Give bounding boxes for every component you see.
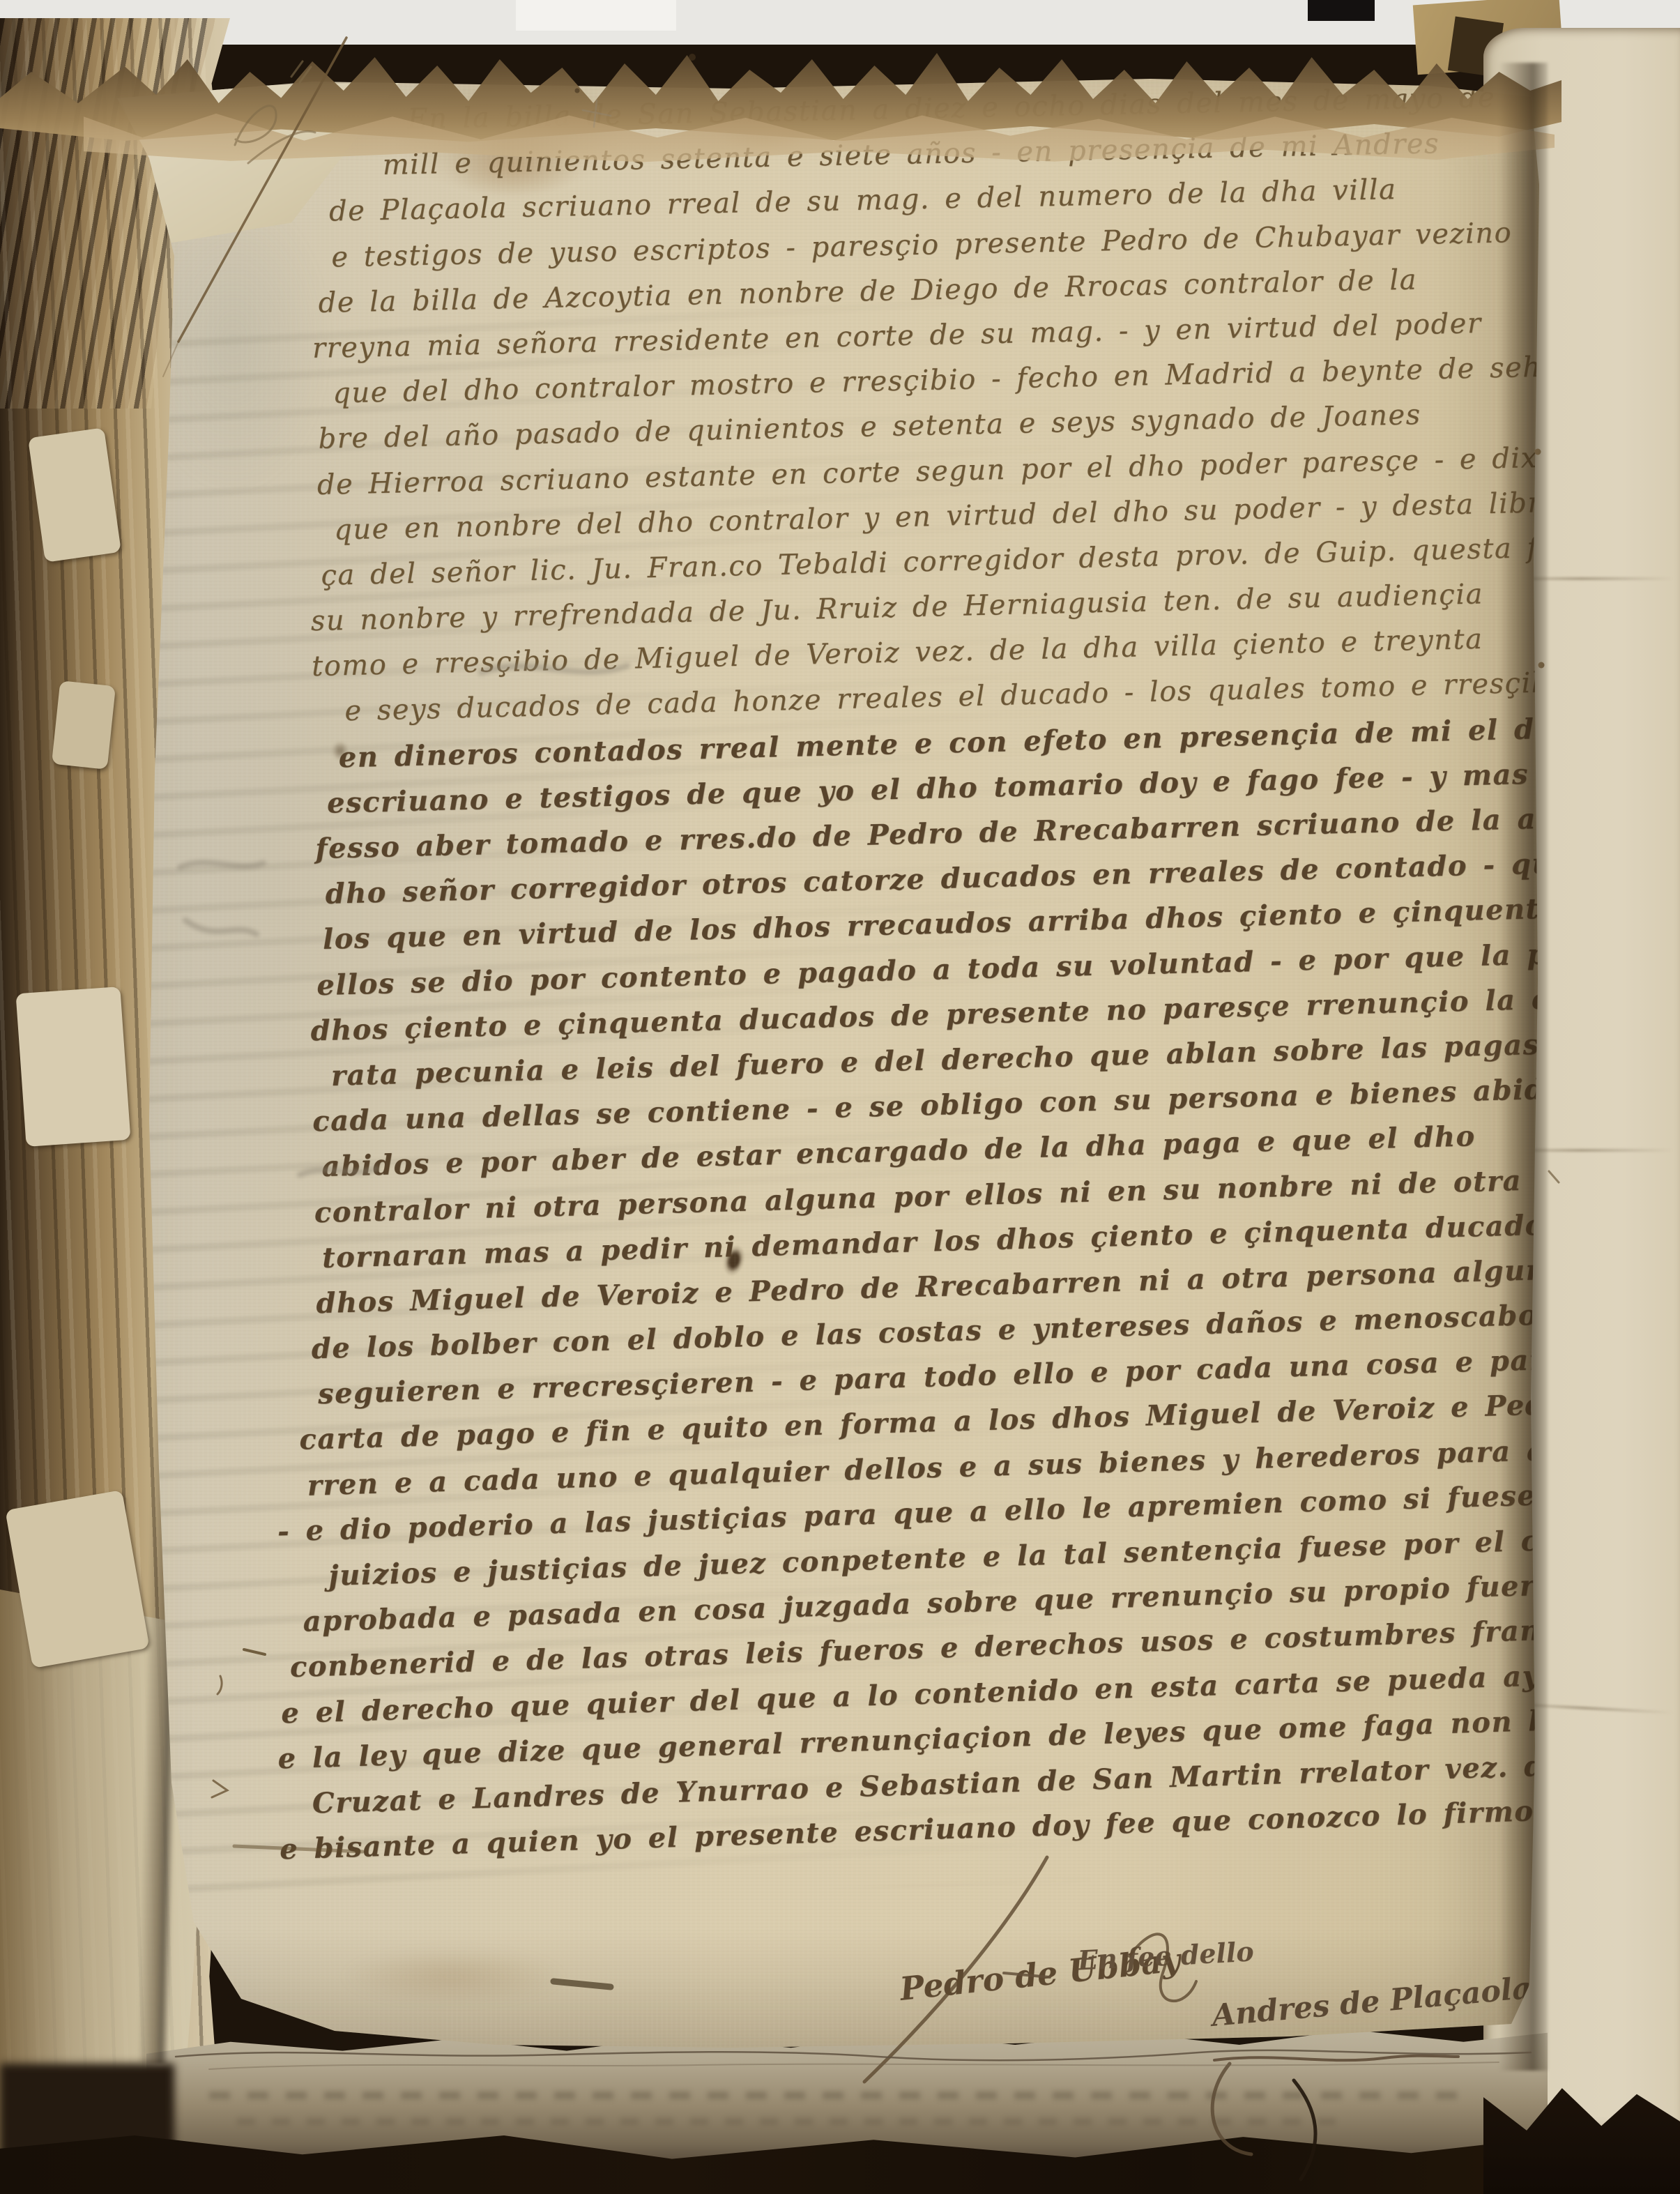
attestation-note: En fee dello — [1077, 1935, 1255, 1976]
spine-paper-flap — [16, 986, 131, 1147]
fold-showthrough — [209, 2092, 1464, 2099]
spine-paper-flap — [52, 680, 116, 770]
manuscript-photograph: En la billa de San Sebastian a diez e oc… — [0, 0, 1680, 2194]
manuscript-page: En la billa de San Sebastian a diez e oc… — [105, 73, 1548, 2067]
manuscript-text: En la billa de San Sebastian a diez e oc… — [104, 74, 1582, 1875]
paper-stain — [342, 1949, 565, 2004]
backdrop-dark-piece — [1308, 0, 1375, 21]
backdrop-white-patch — [516, 0, 676, 31]
fold-showthrough — [237, 2118, 1352, 2125]
gutter-shadow — [1499, 63, 1548, 2071]
signature-right: Andres de Plaçaola — [1211, 1971, 1533, 2034]
